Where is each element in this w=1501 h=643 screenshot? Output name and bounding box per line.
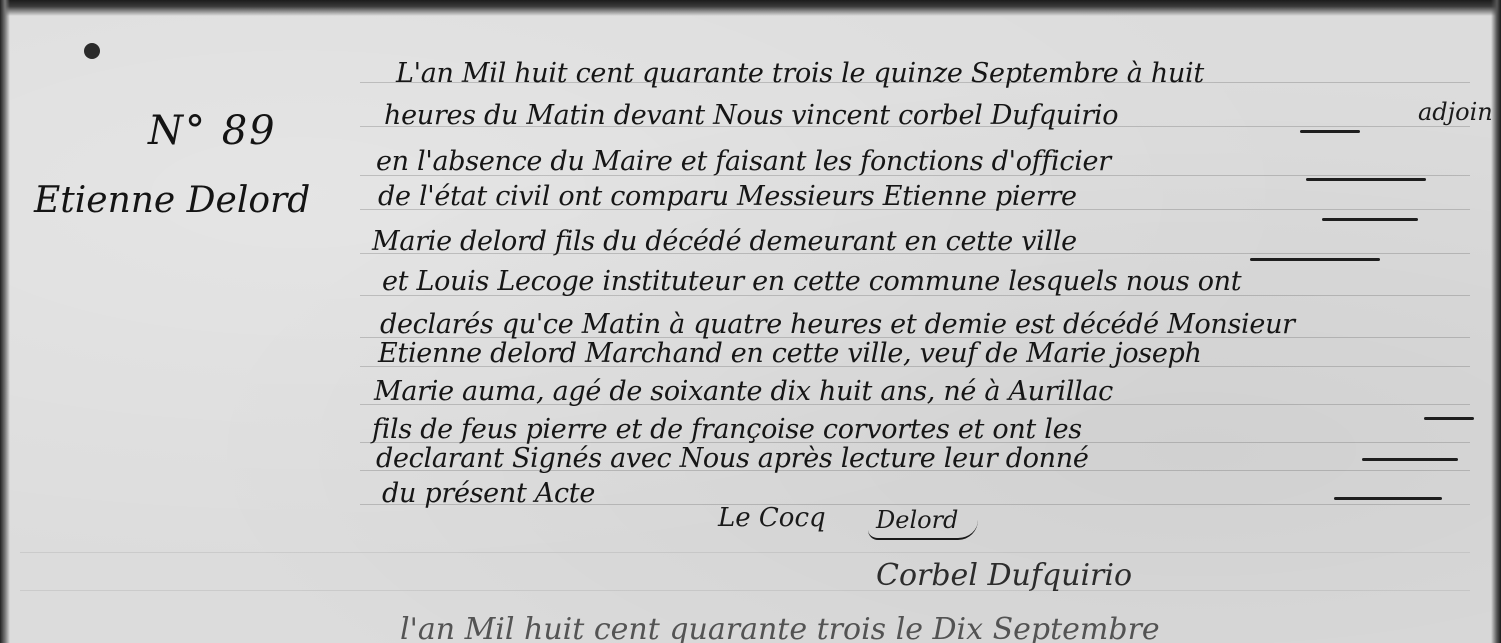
line-filler-dash [1306, 178, 1426, 181]
page-top-edge [0, 0, 1501, 16]
record-line: declarés qu'ce Matin à quatre heures et … [380, 309, 1295, 340]
signature-corbel-dufquirio: Corbel Dufquirio [876, 558, 1132, 593]
page-left-edge [0, 0, 10, 643]
page-right-edge [1491, 0, 1501, 643]
line-filler-dash [1334, 497, 1442, 500]
line-filler-dash [1300, 130, 1360, 133]
entry-number: N° 89 [148, 108, 277, 154]
deceased-name: Etienne Delord [34, 180, 310, 221]
record-line: du présent Acte [382, 478, 595, 509]
record-line: Marie auma, agé de soixante dix huit ans… [374, 376, 1113, 407]
margin-note-adjoint: adjoin [1418, 98, 1493, 126]
record-line: fils de feus pierre et de françoise corv… [372, 414, 1082, 445]
line-filler-dash [1250, 258, 1380, 261]
register-page: N° 89 Etienne Delord L'an Mil huit cent … [0, 0, 1501, 643]
record-line: de l'état civil ont comparu Messieurs Et… [378, 181, 1077, 212]
record-line: Marie delord fils du décédé demeurant en… [372, 226, 1077, 257]
line-filler-dash [1362, 458, 1458, 461]
ruled-line [20, 590, 1470, 591]
record-line: heures du Matin devant Nous vincent corb… [384, 100, 1118, 131]
line-filler-dash [1322, 218, 1418, 221]
next-entry-fragment: l'an Mil huit cent quarante trois le Dix… [400, 612, 1160, 643]
record-line: declarant Signés avec Nous après lecture… [376, 443, 1089, 474]
signature-delord: Delord [868, 506, 978, 540]
record-line: en l'absence du Maire et faisant les fon… [376, 146, 1111, 177]
record-line: et Louis Lecoge instituteur en cette com… [382, 266, 1241, 297]
record-line: L'an Mil huit cent quarante trois le qui… [396, 58, 1204, 89]
signature-lecocq: Le Cocq [718, 503, 826, 533]
ink-blot [84, 43, 100, 59]
record-line: Etienne delord Marchand en cette ville, … [378, 338, 1202, 369]
ruled-line [20, 552, 1470, 553]
line-filler-dash [1424, 417, 1474, 420]
